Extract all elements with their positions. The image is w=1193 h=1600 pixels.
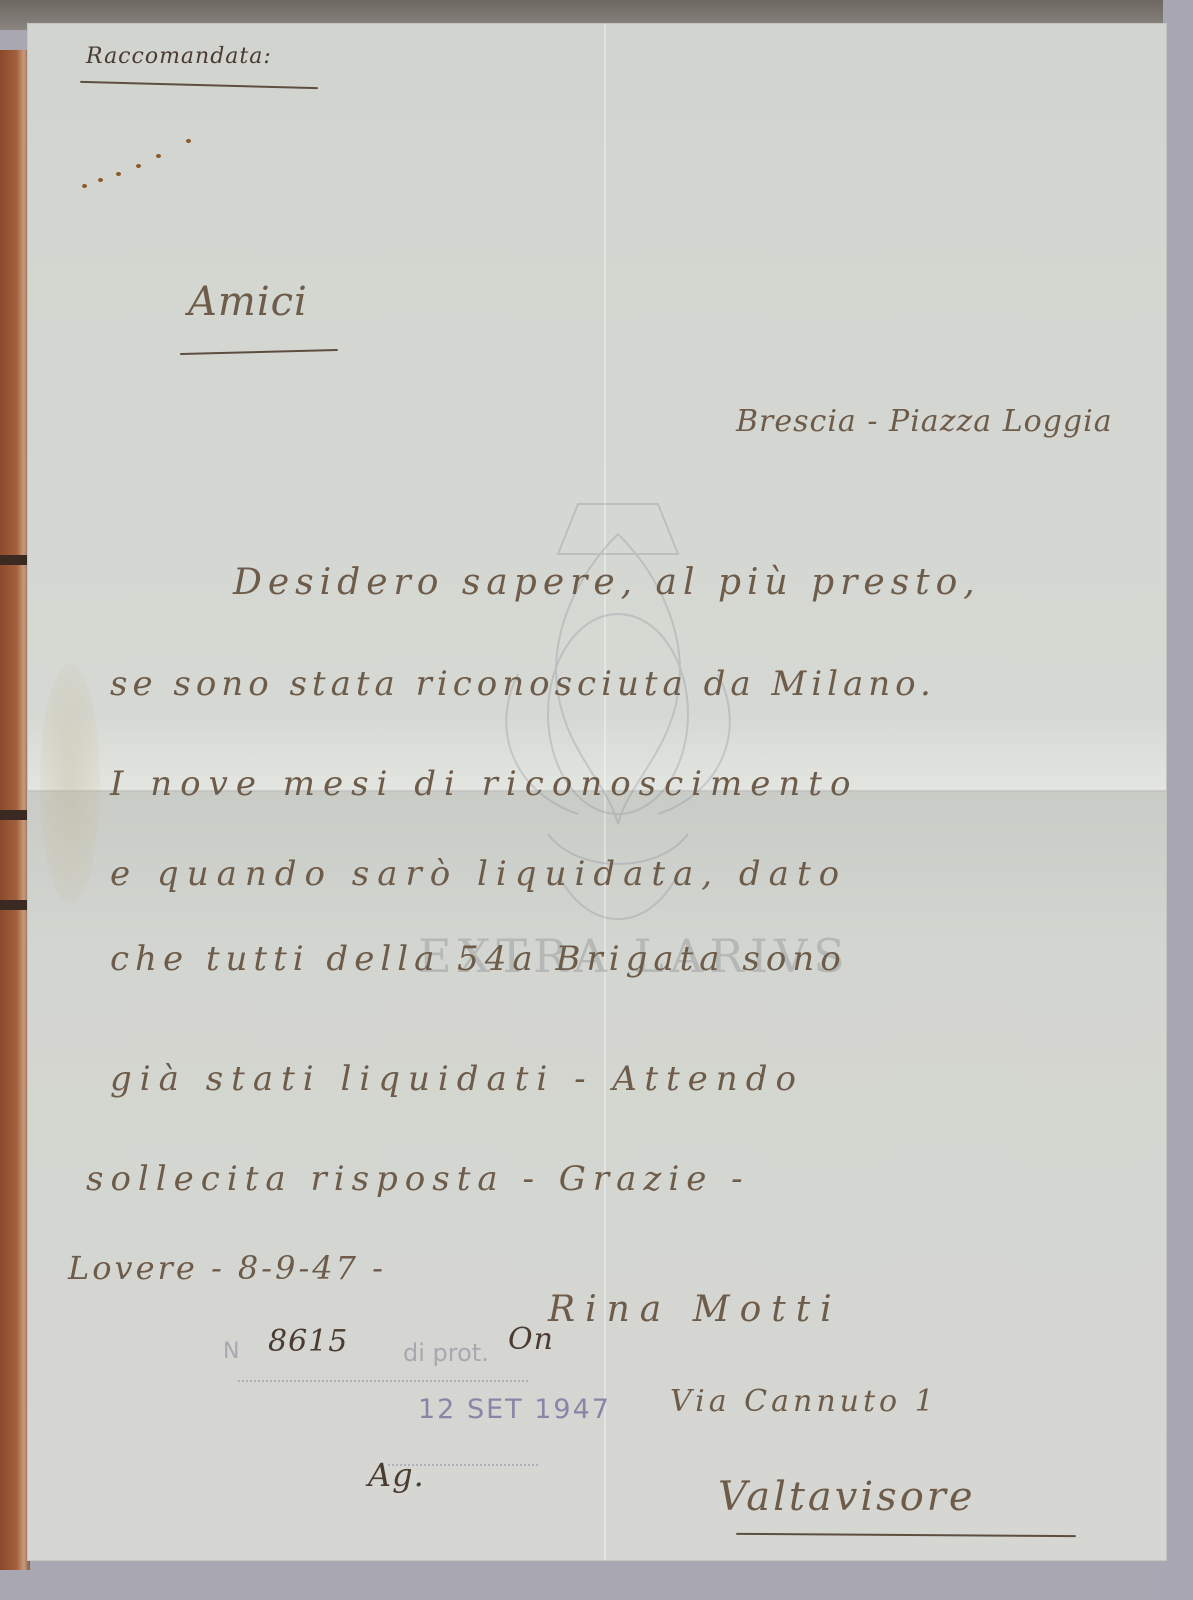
body-line-3: I nove mesi di riconoscimento [110,764,858,804]
salutation: Amici [188,279,308,325]
stamp-label-n: N [223,1339,239,1364]
letter-sheet: EXTRA LARIVS Raccomandata: Amici Brescia… [28,24,1166,1560]
binder-band [0,810,30,820]
signature: Rina Motti [548,1289,842,1330]
registered-mail-note: Raccomandata: [86,44,272,69]
address-street: Via Cannuto 1 [670,1384,938,1419]
binder-band [0,900,30,910]
stamp-dotted-line [238,1380,528,1382]
body-line-5: che tutti della 54a Brigata sono [110,939,847,979]
bottom-annotation: Ag. [368,1456,425,1494]
place-date-line: Lovere - 8-9-47 - [68,1249,386,1287]
protocol-number: 8615 [268,1324,348,1359]
scan-backdrop-right [1163,0,1193,1600]
stamp-date: 12 SET 1947 [418,1394,611,1425]
location-header: Brescia - Piazza Loggia [736,404,1113,439]
body-line-6: già stati liquidati - Attendo [110,1059,804,1099]
paper-stain [40,664,100,904]
address-town: Valtavisore [718,1474,976,1520]
binder-spine [0,50,30,1570]
pinholes [78,124,218,204]
body-line-1: Desidero sapere, al più presto, [233,562,981,603]
body-line-4: e quando sarò liquidata, dato [110,854,847,894]
body-line-2: se sono stata riconosciuta da Milano. [110,664,936,704]
binder-band [0,555,30,565]
stamp-label-prot: di prot. [403,1339,489,1367]
body-line-7: sollecita risposta - Grazie - [86,1159,750,1199]
